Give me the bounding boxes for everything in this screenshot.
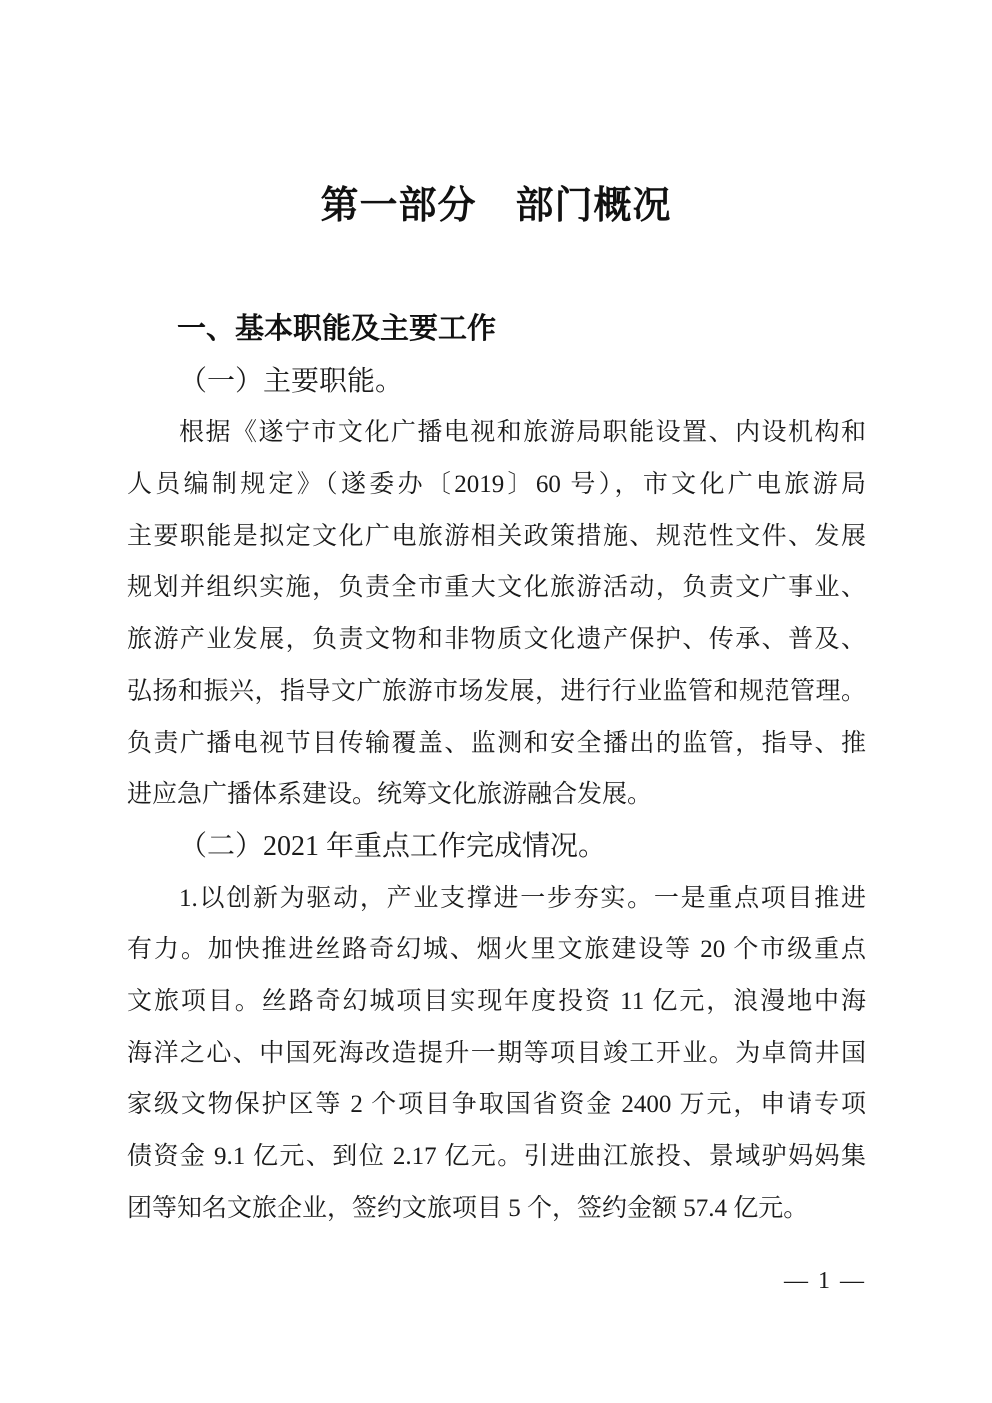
body-line: 主要职能是拟定文化广电旅游相关政策措施、规范性文件、发展 [127,511,866,563]
body-line: 进应急广播体系建设。统筹文化旅游融合发展。 [127,769,866,821]
page-number: — 1 — [784,1261,866,1301]
paragraph-1: 根据《遂宁市文化广播电视和旅游局职能设置、内设机构和 人员编制规定》（遂委办〔2… [127,407,866,821]
body-line: 根据《遂宁市文化广播电视和旅游局职能设置、内设机构和 [127,407,866,459]
body-line: 债资金 9.1 亿元、到位 2.17 亿元。引进曲江旅投、景域驴妈妈集 [127,1131,866,1183]
body-line: 海洋之心、中国死海改造提升一期等项目竣工开业。为卓筒井国 [127,1028,866,1080]
body-line: 弘扬和振兴，指导文广旅游市场发展，进行行业监管和规范管理。 [127,666,866,718]
body-line: 1.以创新为驱动，产业支撑进一步夯实。一是重点项目推进 [127,873,866,925]
subsection-2-heading: （二）2021 年重点工作完成情况。 [127,821,866,873]
body-line: 人员编制规定》（遂委办〔2019〕60 号），市文化广电旅游局 [127,459,866,511]
body-line: 文旅项目。丝路奇幻城项目实现年度投资 11 亿元，浪漫地中海 [127,976,866,1028]
section-heading: 一、基本职能及主要工作 [127,304,866,356]
body-line: 团等知名文旅企业，签约文旅项目 5 个，签约金额 57.4 亿元。 [127,1183,866,1235]
subsection-1-heading: （一）主要职能。 [127,356,866,408]
body-line: 家级文物保护区等 2 个项目争取国省资金 2400 万元，申请专项 [127,1079,866,1131]
body-line: 负责广播电视节目传输覆盖、监测和安全播出的监管，指导、推 [127,718,866,770]
body-line: 有力。加快推进丝路奇幻城、烟火里文旅建设等 20 个市级重点 [127,924,866,976]
body-line: 规划并组织实施，负责全市重大文化旅游活动，负责文广事业、 [127,562,866,614]
body-line: 旅游产业发展，负责文物和非物质文化遗产保护、传承、普及、 [127,614,866,666]
document-page: 第一部分 部门概况 一、基本职能及主要工作 （一）主要职能。 根据《遂宁市文化广… [0,0,992,1403]
document-body: 一、基本职能及主要工作 （一）主要职能。 根据《遂宁市文化广播电视和旅游局职能设… [127,0,866,1403]
paragraph-2: 1.以创新为驱动，产业支撑进一步夯实。一是重点项目推进 有力。加快推进丝路奇幻城… [127,873,866,1235]
